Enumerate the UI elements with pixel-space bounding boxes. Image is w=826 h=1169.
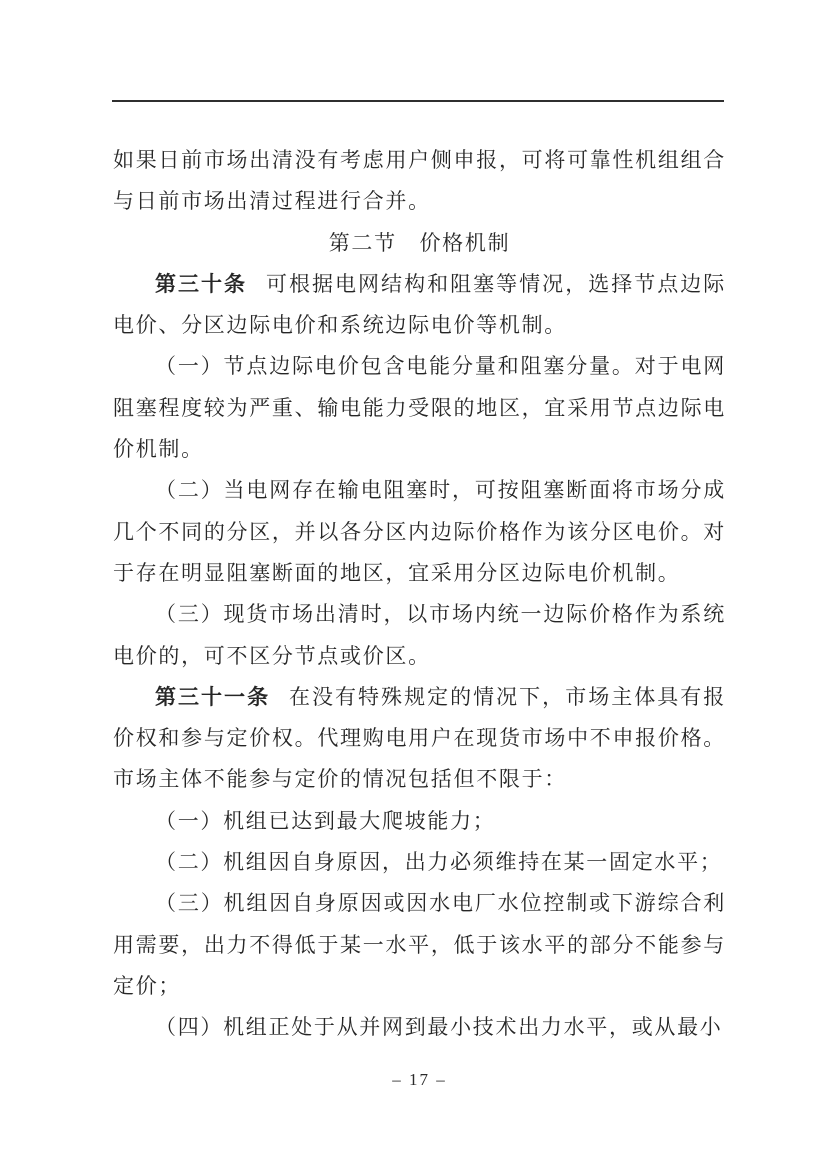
paragraph-text: （四）机组正处于从并网到最小技术出力水平，或从最小 xyxy=(155,1015,723,1039)
paragraph-text: （一）节点边际电价包含电能分量和阻塞分量。对于电网阻塞程度较为严重、输电能力受限… xyxy=(113,354,726,461)
document-body: 如果日前市场出清没有考虑用户侧申报，可将可靠性机组组合与日前市场出清过程进行合并… xyxy=(113,140,726,1049)
paragraph: 如果日前市场出清没有考虑用户侧申报，可将可靠性机组组合与日前市场出清过程进行合并… xyxy=(113,140,726,223)
paragraph: （三）机组因自身原因或因水电厂水位控制或下游综合利用需要，出力不得低于某一水平，… xyxy=(113,883,726,1007)
paragraph-text: （一）机组已达到最大爬坡能力； xyxy=(155,809,496,833)
document-page: 如果日前市场出清没有考虑用户侧申报，可将可靠性机组组合与日前市场出清过程进行合并… xyxy=(0,0,826,1169)
header-rule xyxy=(112,100,724,102)
article-number: 第三十条 xyxy=(155,272,247,296)
page-number: – 17 – xyxy=(113,1070,726,1090)
paragraph-text: （二）机组因自身原因，出力必须维持在某一固定水平； xyxy=(155,850,723,874)
section-heading: 第二节 价格机制 xyxy=(113,223,726,264)
paragraph-text: （二）当电网存在输电阻塞时，可按阻塞断面将市场分成几个不同的分区，并以各分区内边… xyxy=(113,478,726,585)
paragraph-text: （三）机组因自身原因或因水电厂水位控制或下游综合利用需要，出力不得低于某一水平，… xyxy=(113,891,726,998)
article-number: 第三十一条 xyxy=(155,685,270,709)
paragraph: （一）机组已达到最大爬坡能力； xyxy=(113,801,726,842)
paragraph: （二）机组因自身原因，出力必须维持在某一固定水平； xyxy=(113,842,726,883)
paragraph: （二）当电网存在输电阻塞时，可按阻塞断面将市场分成几个不同的分区，并以各分区内边… xyxy=(113,470,726,594)
paragraph-text: （三）现货市场出清时，以市场内统一边际价格作为系统电价的，可不区分节点或价区。 xyxy=(113,602,726,667)
paragraph: （一）节点边际电价包含电能分量和阻塞分量。对于电网阻塞程度较为严重、输电能力受限… xyxy=(113,346,726,470)
paragraph-text: 第二节 价格机制 xyxy=(329,231,511,255)
paragraph-text: 如果日前市场出清没有考虑用户侧申报，可将可靠性机组组合与日前市场出清过程进行合并… xyxy=(113,148,726,213)
paragraph: 第三十一条在没有特殊规定的情况下，市场主体具有报价权和参与定价权。代理购电用户在… xyxy=(113,677,726,801)
paragraph: （三）现货市场出清时，以市场内统一边际价格作为系统电价的，可不区分节点或价区。 xyxy=(113,594,726,677)
paragraph: 第三十条可根据电网结构和阻塞等情况，选择节点边际电价、分区边际电价和系统边际电价… xyxy=(113,264,726,347)
paragraph: （四）机组正处于从并网到最小技术出力水平，或从最小 xyxy=(113,1007,726,1048)
